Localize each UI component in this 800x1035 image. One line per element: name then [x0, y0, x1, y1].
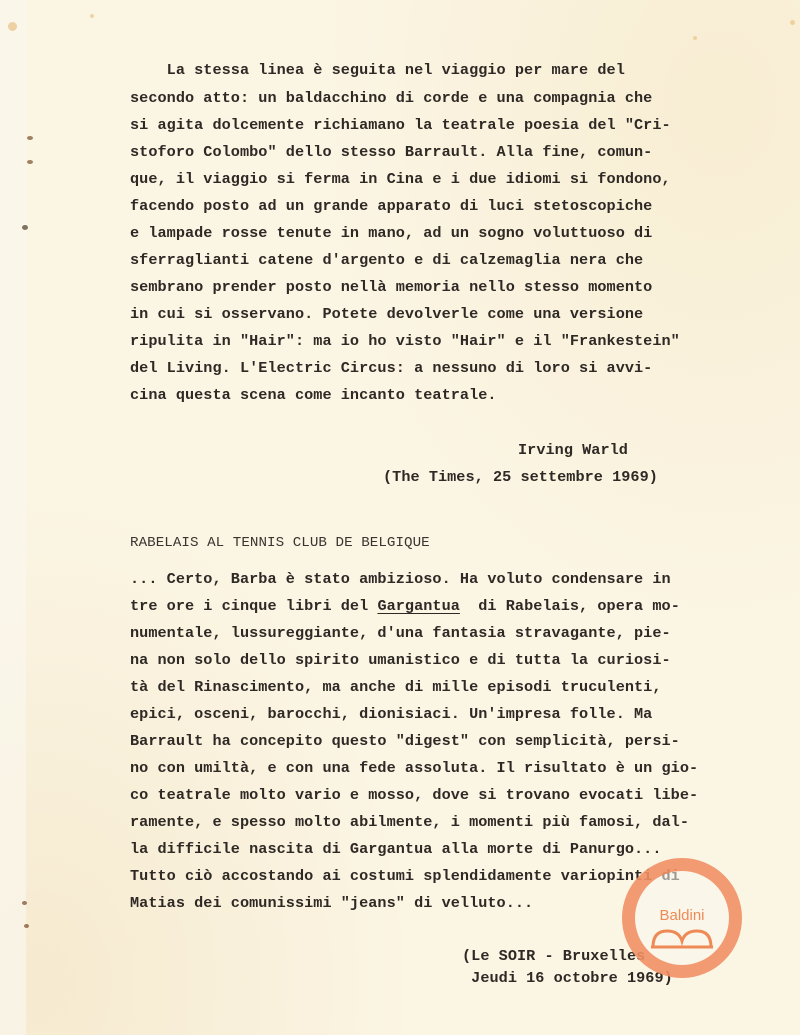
source-citation: (Le SOIR - Bruxelles: [462, 946, 645, 966]
text-segment: di Rabelais, opera mo-: [460, 597, 680, 615]
stain: [790, 20, 795, 25]
body-line: numentale, lussureggiante, d'una fantasi…: [130, 623, 671, 643]
body-line: secondo atto: un baldacchino di corde e …: [130, 88, 652, 108]
source-citation: (The Times, 25 settembre 1969): [383, 467, 658, 487]
body-line: sembrano prender posto nellà memoria nel…: [130, 277, 652, 297]
body-line: tre ore i cinque libri del Gargantua di …: [130, 596, 680, 616]
body-line: la difficile nascita di Gargantua alla m…: [130, 839, 662, 859]
body-line: na non solo dello spirito umanistico e d…: [130, 650, 671, 670]
body-line: co teatrale molto vario e mosso, dove si…: [130, 785, 698, 805]
text-segment: tre ore i cinque libri del: [130, 597, 377, 615]
paper-edge: [0, 0, 26, 1035]
body-line: si agita dolcemente richiamano la teatra…: [130, 115, 671, 135]
body-line: Tutto ciò accostando ai costumi splendid…: [130, 866, 680, 886]
archive-stamp: Baldini: [622, 858, 742, 978]
body-line: ramente, e spesso molto abilmente, i mom…: [130, 812, 689, 832]
body-line: ripulita in "Hair": ma io ho visto "Hair…: [130, 331, 680, 351]
stain: [693, 36, 697, 40]
section-heading: RABELAIS AL TENNIS CLUB DE BELGIQUE: [130, 533, 430, 553]
body-line: del Living. L'Electric Circus: a nessuno…: [130, 358, 652, 378]
body-line: Matias dei comunissimi "jeans" di vellut…: [130, 893, 533, 913]
body-line: Barrault ha concepito questo "digest" co…: [130, 731, 680, 751]
source-citation: Jeudi 16 octobre 1969): [462, 968, 673, 988]
body-line: facendo posto ad un grande apparato di l…: [130, 196, 652, 216]
author-signature: Irving Warld: [518, 440, 628, 460]
body-line: epici, osceni, barocchi, dionisiaci. Un'…: [130, 704, 652, 724]
stain: [22, 225, 28, 230]
body-line: tà del Rinascimento, ma anche di mille e…: [130, 677, 662, 697]
stain: [27, 160, 33, 164]
body-line: no con umiltà, e con una fede assoluta. …: [130, 758, 698, 778]
body-line: ... Certo, Barba è stato ambizioso. Ha v…: [130, 569, 671, 589]
stain: [22, 901, 27, 905]
body-line: in cui si osservano. Potete devolverle c…: [130, 304, 643, 324]
body-line: e lampade rosse tenute in mano, ad un so…: [130, 223, 652, 243]
open-book-icon: [649, 927, 715, 949]
body-line: que, il viaggio si ferma in Cina e i due…: [130, 169, 671, 189]
stamp-logo-text: Baldini: [635, 907, 729, 924]
stain: [24, 924, 29, 928]
stain: [90, 14, 94, 18]
body-line: sferraglianti catene d'argento e di calz…: [130, 250, 643, 270]
body-line: La stessa linea è seguita nel viaggio pe…: [130, 60, 625, 80]
stain: [8, 22, 17, 31]
underlined-title: Gargantua: [377, 597, 459, 615]
body-line: cina questa scena come incanto teatrale.: [130, 385, 497, 405]
body-line: stoforo Colombo" dello stesso Barrault. …: [130, 142, 652, 162]
stain: [27, 136, 33, 140]
